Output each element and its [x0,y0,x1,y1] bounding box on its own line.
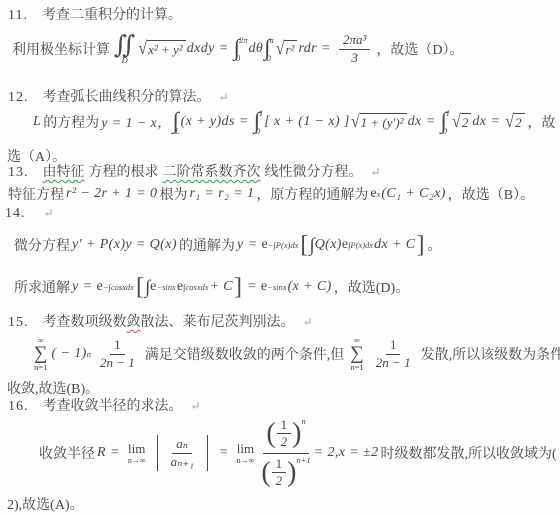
problem-15-title-row: 15. 考查数项级数 敛 散法、莱布尼茨判别法。 ↵ [8,311,313,331]
paragraph-return-mark: ↵ [371,165,381,180]
denominator: 2n − 1 [96,355,139,371]
radicand: 2 [514,113,525,131]
problem-12-formula: L 的方程为 y = 1 − x， ∫ L (x + y)ds = ∫ 1 0 … [33,102,558,142]
exponent: ∫cosxdx [183,282,208,292]
integral: ∫ 1 0 [254,109,264,136]
radicand: x² + y² [147,40,186,58]
square-root: √ 1 + (y′)² [351,113,407,131]
problem-title: 考查数项级数 [43,311,127,331]
limit-operator: lim n→∞ [237,442,255,465]
numerator: 1 [272,456,287,473]
answer-text: ，故 [528,112,556,132]
double-integral: ∬ D [114,33,135,65]
square-root: √ 2 [452,113,471,131]
radicand: 2 [461,113,472,131]
problem-13-formula: 特征方程 r² − 2r + 1 = 0 根为 r₁ = r₂ = 1 ，原方程… [6,184,536,204]
period: 。 [427,235,441,255]
denominator: aₙ₊₁ [167,454,198,470]
big-numerator: ( 1 2 ) n [263,417,308,454]
numerator: 2πa³ [339,32,370,49]
fraction: 1 2 [272,456,287,490]
problem-16-continuation: 2),故选(A)。 [5,494,86,514]
answer-text: ，故选(D)。 [334,277,409,297]
radical-sign: √ [276,40,285,59]
differential: dx [408,114,422,130]
problem-11-title-row: 11. 考查二重积分的计算。 [8,4,184,24]
upper-limit: 2π [239,36,248,45]
problem-title-grammar-flagged: 二阶常系数齐次 [163,161,261,181]
variable-y: y [237,237,244,253]
problem-number: 16. [8,399,29,415]
exponent: n+1 [296,455,310,465]
big-denominator: ( 1 2 ) n+1 [261,454,310,490]
big-fraction: ( 1 2 ) n ( 1 2 ) n+1 [261,417,310,489]
problem-title: 方程的根求 [89,161,159,181]
abs-bar [207,435,208,471]
document-page: 11. 考查二重积分的计算。 利用极坐标计算 ∬ D √ x² + y² dxd… [0,0,560,517]
characteristic-equation: r² − 2r + 1 = 0 [66,186,157,202]
paragraph-return-mark: ↵ [303,315,313,330]
upper-limit: 1 [446,109,450,118]
square-root: √ r² [276,40,298,58]
differential: dθ [248,41,263,57]
denominator: 2 [277,434,292,450]
square-root: √ 2 [505,113,524,131]
summation: ∞ ∑ n=1 [350,336,364,371]
formula-text: 的方程为 [43,112,99,132]
answer-text: ，故选（D）。 [376,39,463,59]
equals: = [84,279,92,295]
lim-subscript: n→∞ [237,457,255,465]
variable-y: y [72,279,79,295]
left-paren: ( [266,421,275,446]
right-paren: ) [287,460,296,485]
formula-text: ，原方程的通解为 [256,184,368,204]
sum-lower: n=1 [34,363,47,372]
problem-14-formula-1: 微分方程 y′ + P(x)y = Q(x) 的通解为 y = e −∫P(x)… [12,224,443,266]
right-bracket: ] [416,233,424,257]
problem-title: 散法、莱布尼茨判别法。 [141,311,295,331]
variable-R: R [97,445,106,461]
right-bracket: ] [234,275,242,299]
ode: y′ + P(x)y = Q(x) [72,237,177,253]
problem-11-formula: 利用极坐标计算 ∬ D √ x² + y² dxdy = ∫ 2π 0 dθ ∫… [10,26,465,72]
numerator: 1 [277,417,292,434]
integral-limits: 2π 0 [239,36,248,63]
problem-title-grammar-flagged: 由特征 [43,161,85,181]
lim-word: lim [237,442,254,455]
differential-plus-constant: dx + C [374,237,415,253]
radical-sign: √ [351,113,360,132]
integral-limits: L [178,109,180,136]
formula-text: 收敛半径 [39,443,95,463]
exponent: n [301,416,305,426]
exponent: −sinx [267,282,286,292]
integral-limits: a 0 [269,36,273,63]
general-solution: (C₁ + C₂x) [381,186,445,202]
exponent: n [87,349,91,359]
left-paren: ( [261,460,270,485]
integral-limits: 1 0 [259,109,263,136]
problem-title: 考查二重积分的计算。 [42,4,182,24]
integral-domain: D [122,56,128,65]
sigma-sign: ∑ [350,345,364,363]
formula-text: 时级数都发散,所以收敛域为( − 2, [381,443,560,463]
bracket-expression: [ x + (1 − x) ] [264,114,350,130]
equals: = [220,445,228,461]
left-bracket: [ [136,275,144,299]
lim-subscript: n→∞ [128,457,146,465]
integrand: (x + y)ds [181,114,235,130]
fraction: 1 2 [277,417,292,451]
fraction: 1 2n − 1 [96,337,139,371]
parenthesized-half: ( 1 2 ) n+1 [261,456,310,490]
sum-lower: n=1 [350,363,363,372]
exponent: −∫P(x)dx [268,240,299,250]
exponent: ∫P(x)dx [348,240,373,250]
roots: r₁ = r₂ = 1 [189,186,254,202]
abs-bar [157,435,158,471]
denominator: 2n − 1 [372,355,415,371]
equals: = [249,237,257,253]
radical-sign: √ [505,113,514,132]
answer-text: 2),故选(A)。 [7,494,84,514]
answer-text: ，故选（B）。 [448,184,534,204]
result-expression: = 2,x = ±2 [314,445,379,461]
equals: = [240,114,248,130]
radical-sign: √ [138,40,147,59]
numerator: aₙ [172,436,192,453]
square-root: √ x² + y² [138,40,185,58]
lim-word: lim [128,442,145,455]
integral: ∫ 1 0 [440,109,450,136]
numerator: 1 [110,337,125,354]
left-bracket: [ [300,233,308,257]
sigma-sign: ∑ [34,345,48,363]
problem-number: 15. [8,315,29,331]
absolute-value: aₙ aₙ₊₁ [152,435,213,471]
integral: ∫ L [173,109,180,136]
differential: dxdy [187,41,215,57]
lower-limit: 0 [266,54,273,63]
plus-constant: + C [210,279,234,295]
formula-text: 根为 [159,184,187,204]
problem-13-title-row: 13. 由特征 方程的根求 二阶常系数齐次 线性微分方程。 ↵ [8,161,381,181]
parenthesized-half: ( 1 2 ) n [266,417,305,451]
problem-title: 线性微分方程。 [265,161,363,181]
right-paren: ) [292,421,301,446]
equals: = [491,114,499,130]
exponent: −∫cosxdx [103,282,134,292]
formula-text: 特征方程 [8,184,64,204]
paragraph-return-mark: ↵ [44,206,54,221]
lower-limit: L [175,127,180,136]
problem-number: 11. [8,8,28,24]
formula-lead-text: 利用极坐标计算 [12,39,110,59]
radical-sign: √ [452,113,461,132]
radicand: r² [284,40,297,58]
denominator: 2 [272,473,287,489]
integral: ∫ a 0 [264,36,274,63]
problem-number: 12. [8,90,29,106]
formula-text: 的通解为 [179,235,235,255]
formula-text: 微分方程 [14,235,70,255]
fraction: aₙ aₙ₊₁ [167,436,198,470]
radicand: 1 + (y′)² [360,113,407,131]
upper-limit: 1 [259,109,263,118]
problem-16-formula: 收敛半径 R = lim n→∞ aₙ aₙ₊₁ = lim n→∞ ( [37,412,560,494]
lower-limit: 0 [443,127,450,136]
fraction: 2πa³ 3 [339,32,370,66]
problem-14-title-row: 14. ↵ [5,206,54,222]
exponent: x [377,189,381,199]
formula-text: 发散,所以该级数为条件 [421,344,560,364]
solution-expression: (x + C) [288,279,332,295]
differential: dx [472,114,486,130]
equals: = [427,114,435,130]
problem-number: 14. [5,206,26,222]
integrand: Q(x) [315,237,342,253]
problem-number: 13. [8,165,29,181]
equals: = [322,41,330,57]
lower-limit: 0 [256,127,263,136]
lower-limit: 0 [236,54,248,63]
numerator: 1 [386,337,401,354]
formula-text: 满足交错级数收敛的两个条件,但 [145,344,345,364]
integral: ∫ 2π 0 [234,36,248,63]
fraction: 1 2n − 1 [372,337,415,371]
problem-14-formula-2: 所求通解 y = e −∫cosxdx [ ∫ e −sinx e ∫cosxd… [12,266,411,308]
curve-variable: L [33,114,41,130]
equals: = [220,41,228,57]
problem-15-formula: ∞ ∑ n=1 ( − 1) n 1 2n − 1 满足交错级数收敛的两个条件,… [30,332,560,376]
problem-title-spell-flagged: 敛 [127,311,141,331]
alternating-term: ( − 1) [52,346,87,362]
exponent: −sinx [156,282,175,292]
upper-limit: a [269,36,273,45]
integral-limits: 1 0 [446,109,450,136]
differential: rdr [298,41,317,57]
equals: = [248,279,256,295]
equals: = [111,445,119,461]
summation: ∞ ∑ n=1 [34,336,48,371]
limit-operator: lim n→∞ [128,442,146,465]
denominator: 3 [347,50,362,66]
formula-text: 所求通解 [14,277,70,297]
equation: y = 1 − x， [101,112,171,132]
